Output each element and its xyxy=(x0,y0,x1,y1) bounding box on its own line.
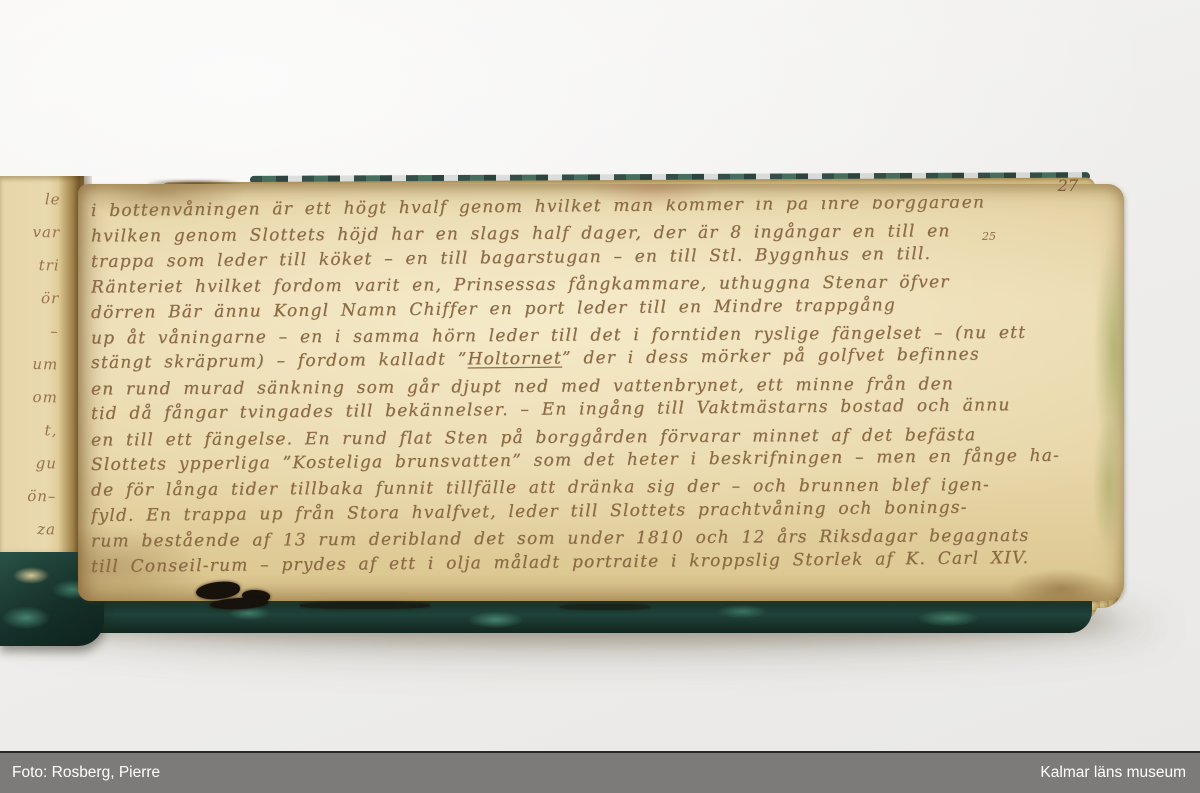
ink-smudge xyxy=(560,604,650,610)
manuscript-page: 27 25 i bottenvåningen är ett högt hvalf… xyxy=(78,184,1124,601)
fragment: ön– xyxy=(0,487,57,521)
text-segment: stängt skräprum) – fordom kalladt ” xyxy=(91,350,468,374)
museum-name: Kalmar läns museum xyxy=(1040,764,1200,782)
handwritten-text: i bottenvåningen är ett högt hvalf genom… xyxy=(91,199,1111,591)
text-segment: ” der i dess mörker på golfvet befinnes xyxy=(562,345,980,369)
fragment: t, xyxy=(0,421,58,455)
fragment: var xyxy=(2,223,60,257)
underlined-word: Holtornet xyxy=(468,349,563,370)
fragment: tri xyxy=(1,256,59,290)
fragment: le xyxy=(2,190,60,224)
page-number: 27 xyxy=(1058,176,1078,195)
fragment: om xyxy=(0,388,58,422)
fragment: za xyxy=(0,520,56,554)
fragment: – xyxy=(0,322,58,356)
facing-page-text-fragments: le var tri ör – um om t, gu ön– za J xyxy=(0,190,61,587)
fragment: gu xyxy=(0,454,57,488)
fragment: um xyxy=(0,355,58,389)
ink-smudge xyxy=(300,602,430,609)
caption-bar: Foto: Rosberg, Pierre Kalmar läns museum xyxy=(0,751,1200,793)
fragment: ör xyxy=(1,289,59,323)
museum-photo: le var tri ör – um om t, gu ön– za J 27 … xyxy=(0,0,1200,793)
photo-credit: Foto: Rosberg, Pierre xyxy=(0,764,160,782)
